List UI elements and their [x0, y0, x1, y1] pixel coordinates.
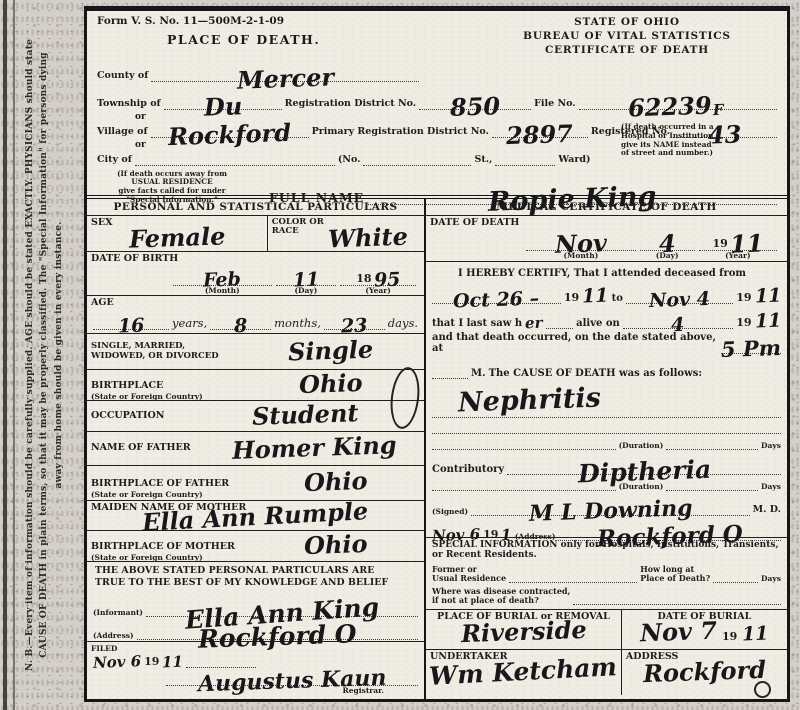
burial-date-value: Nov 7 — [640, 621, 718, 643]
cause-field: Nephritis — [432, 387, 781, 418]
birthplace-label: BIRTHPLACE — [91, 380, 163, 391]
duration-line-2: (Duration) Days — [432, 475, 781, 491]
attended-line: Oct 26 – 19 11 to Nov 4 19 11 — [432, 279, 781, 304]
personal-title: PERSONAL AND STATISTICAL PARTICULARS — [87, 199, 424, 216]
filed-date: Nov 6 — [93, 655, 141, 669]
special-info-title: SPECIAL INFORMATION only for Hospitals, … — [432, 540, 781, 561]
father-label: NAME OF FATHER — [91, 443, 209, 454]
registrar-signature: Augustus Kaun — [198, 670, 387, 694]
father-birthplace-value: Ohio — [303, 471, 367, 492]
filed-row: FILED Nov 6 19 11 Augustus Kaun Registra… — [87, 642, 424, 697]
file-no-suffix: F — [713, 103, 724, 115]
signed-line: (Signed) M L Downing M. D. — [432, 491, 781, 516]
age-days-word: days. — [388, 316, 418, 330]
ward-label: Ward) — [558, 155, 590, 166]
sex-value: Female — [128, 226, 225, 249]
age-months-word: months, — [274, 316, 321, 330]
mother-birthplace-sub: (State or Foreign Country) — [91, 553, 251, 562]
county-field: Mercer — [151, 66, 419, 82]
to-word: to — [612, 293, 623, 304]
county-label: County of — [97, 71, 148, 82]
reg-district-field: 850 — [419, 94, 531, 110]
reg-district-value: 850 — [450, 96, 501, 117]
burial-place-cell: PLACE OF BURIAL or REMOVAL Riverside — [426, 610, 622, 649]
county-value: Mercer — [237, 67, 335, 90]
burial-year: 11 — [742, 627, 769, 643]
mother-birthplace-row: BIRTHPLACE OF MOTHER (State or Foreign C… — [87, 531, 424, 562]
sex-label: SEX — [91, 218, 112, 229]
date-of-death-label: DATE OF DEATH — [430, 218, 519, 229]
scan-edge-line — [3, 0, 7, 710]
filed-label: FILED — [91, 644, 117, 653]
occupation-label: OCCUPATION — [91, 411, 191, 422]
father-birthplace-sub: (State or Foreign Country) — [91, 490, 251, 499]
attended-from-year: 11 — [582, 288, 609, 304]
father-row: NAME OF FATHER Homer King — [87, 432, 424, 466]
special-days-label: Days — [761, 574, 781, 583]
state-name: STATE OF OHIO — [477, 15, 777, 29]
margin-line-1: N. B.—Every item of information should b… — [23, 5, 37, 705]
last-saw-year: 11 — [754, 313, 781, 329]
filed-year-printed: 19 — [144, 655, 159, 668]
informant-address-label: (Address) — [93, 631, 134, 640]
attestation-row: THE ABOVE STATED PERSONAL PARTICULARS AR… — [87, 562, 424, 642]
death-time-line: and that death occurred, on the date sta… — [432, 329, 781, 354]
occupation-row: OCCUPATION Student — [87, 401, 424, 432]
city-field — [135, 150, 335, 166]
birthplace-value: Ohio — [298, 373, 362, 394]
burial-place-value: Riverside — [460, 620, 586, 644]
dod-year-printed: 19 — [712, 237, 727, 250]
race-value: White — [328, 227, 408, 249]
file-no-field: 62239 F — [579, 94, 777, 110]
certificate-header: Form V. S. No. 11—500M-2-1-09 PLACE OF D… — [87, 11, 787, 199]
street-no-field — [363, 150, 471, 166]
primary-reg-field: 2897 — [492, 122, 588, 138]
contributory-label: Contributory — [432, 464, 504, 475]
last-saw-year-printed: 19 — [736, 316, 751, 329]
sex-cell: SEX Female — [87, 216, 267, 251]
father-value: Homer King — [232, 435, 397, 460]
special-info-block: SPECIAL INFORMATION only for Hospitals, … — [426, 538, 787, 610]
cause-value: Nephritis — [458, 388, 601, 415]
certificate-title: CERTIFICATE OF DEATH — [477, 43, 777, 57]
alive-on-label: alive on — [576, 318, 620, 329]
dob-month: Feb — [203, 272, 241, 288]
city-no-label: (No. — [338, 155, 361, 166]
township-field: Du — [164, 94, 282, 110]
village-label: Village of — [97, 127, 148, 138]
last-saw-text: that I last saw h — [432, 318, 522, 329]
undertaker-cell: UNDERTAKER Wm Ketcham — [426, 650, 622, 695]
sex-race-row: SEX Female COLOR OR RACE White — [87, 216, 424, 252]
certification-block: I HEREBY CERTIFY, That I attended deceas… — [426, 262, 787, 538]
age-years: 16 — [118, 319, 145, 335]
scan-edge-line-2 — [13, 0, 15, 710]
dob-year: 95 — [373, 272, 400, 288]
township-line: Township of Du Registration District No.… — [97, 94, 777, 110]
township-value: Du — [203, 96, 242, 117]
birthplace-row: BIRTHPLACE (State or Foreign Country) Oh… — [87, 370, 424, 401]
father-birthplace-label: BIRTHPLACE OF FATHER — [91, 478, 229, 489]
undertaker-address-value: Rockford — [643, 660, 767, 683]
personal-section: PERSONAL AND STATISTICAL PARTICULARS SEX… — [87, 199, 426, 699]
birthplace-sub: (State or Foreign Country) — [91, 392, 241, 401]
last-saw-day: 4 — [671, 318, 685, 334]
date-of-death-row: DATE OF DEATH Nov (Month) 4 (Day) 1911 (… — [426, 216, 787, 262]
medical-section: MEDICAL CERTIFICATE OF DEATH DATE OF DEA… — [426, 199, 787, 699]
attended-to-year-printed: 19 — [736, 291, 751, 304]
father-birthplace-row: BIRTHPLACE OF FATHER (State or Foreign C… — [87, 466, 424, 501]
mother-birthplace-label: BIRTHPLACE OF MOTHER — [91, 541, 235, 552]
margin-line-3: away from home should be given in every … — [52, 5, 66, 705]
age-years-word: years, — [172, 316, 207, 330]
filed-year: 11 — [162, 656, 183, 669]
burial-date-cell: DATE OF BURIAL Nov 7 19 11 — [622, 610, 787, 649]
physician-signature: M L Downing — [528, 500, 692, 523]
md-label: M. D. — [753, 505, 781, 516]
county-line: County of Mercer — [97, 66, 777, 82]
file-no-label: File No. — [534, 99, 575, 110]
contributory-line: Contributory Diptheria — [432, 450, 781, 475]
bureau-name: BUREAU OF VITAL STATISTICS — [477, 29, 777, 43]
race-label: COLOR OR RACE — [272, 218, 324, 237]
city-label: City of — [97, 155, 132, 166]
certify-intro: I HEREBY CERTIFY, That I attended deceas… — [432, 268, 781, 279]
duration-label-1: (Duration) — [619, 441, 664, 450]
medical-title: MEDICAL CERTIFICATE OF DEATH — [426, 199, 787, 216]
occupation-value: Student — [252, 403, 359, 426]
informant-label: (Informant) — [93, 608, 143, 617]
attended-from-year-printed: 19 — [564, 291, 579, 304]
margin-instructions: N. B.—Every item of information should b… — [23, 5, 77, 705]
duration-line-1: (Duration) Days — [432, 434, 781, 450]
dob-day: 11 — [292, 272, 319, 288]
days-label-2: Days — [761, 482, 781, 491]
how-long-label: How long at Place of Death? — [640, 565, 710, 583]
attended-from: Oct 26 – — [453, 292, 540, 310]
contracted-label: Where was disease contracted, if not at … — [432, 587, 570, 605]
death-certificate: Form V. S. No. 11—500M-2-1-09 PLACE OF D… — [84, 6, 790, 702]
mother-birthplace-value: Ohio — [303, 534, 367, 555]
primary-reg-value: 2897 — [506, 123, 573, 145]
flourish-circle — [754, 681, 771, 698]
hospital-note: (If death occurred in a Hospital or Inst… — [621, 123, 779, 158]
mother-value: Ella Ann Rumple — [142, 501, 369, 532]
contracted-line: Where was disease contracted, if not at … — [432, 583, 781, 605]
reg-district-label: Registration District No. — [285, 99, 416, 110]
age-days: 23 — [341, 319, 368, 335]
dob-year-printed: 18 — [356, 272, 371, 285]
file-no-value: 62239 — [628, 95, 712, 117]
dob-row: DATE OF BIRTH Feb (Month) 11 (Day) 1895 … — [87, 252, 424, 296]
street-label: St., — [474, 155, 492, 166]
form-number: Form V. S. No. 11—500M-2-1-09 — [97, 15, 320, 27]
burial-row: PLACE OF BURIAL or REMOVAL Riverside DAT… — [426, 610, 787, 650]
age-label: AGE — [91, 298, 114, 309]
residence-line: Former or Usual Residence How long at Pl… — [432, 561, 781, 583]
marital-label: SINGLE, MARRIED, WIDOWED, OR DIVORCED — [91, 342, 241, 361]
age-row: AGE 16 years, 8 months, 23 days. — [87, 296, 424, 334]
ward-field — [495, 150, 555, 166]
last-saw-her: er — [525, 317, 543, 330]
former-residence-label: Former or Usual Residence — [432, 565, 506, 583]
signed-label: (Signed) — [432, 507, 468, 516]
cause-field-2 — [432, 418, 781, 434]
margin-line-2: CAUSE OF DEATH in plain terms, so that i… — [37, 5, 51, 705]
death-time-value: 5 Pm — [721, 340, 781, 359]
burial-year-printed: 19 — [722, 630, 737, 643]
attestation-text: THE ABOVE STATED PERSONAL PARTICULARS AR… — [93, 562, 418, 589]
age-months: 8 — [234, 319, 248, 335]
village-value: Rockford — [168, 122, 292, 145]
attended-to: Nov 4 — [649, 292, 710, 309]
mother-row: MAIDEN NAME OF MOTHER Ella Ann Rumple — [87, 501, 424, 531]
marital-row: SINGLE, MARRIED, WIDOWED, OR DIVORCED Si… — [87, 334, 424, 370]
marital-value: Single — [288, 339, 374, 361]
place-of-death-title: PLACE OF DEATH. — [167, 32, 320, 47]
header-left: Form V. S. No. 11—500M-2-1-09 PLACE OF D… — [97, 15, 320, 47]
undertaker-row: UNDERTAKER Wm Ketcham ADDRESS Rockford — [426, 650, 787, 695]
dod-day: 4 — [658, 234, 675, 254]
attended-to-year: 11 — [754, 288, 781, 304]
race-cell: COLOR OR RACE White — [267, 216, 424, 251]
cause-intro: The CAUSE OF DEATH was as follows: — [489, 368, 702, 379]
dod-year: 11 — [729, 233, 763, 253]
township-label: Township of — [97, 99, 161, 110]
days-label-1: Days — [761, 441, 781, 450]
m-label: M. — [471, 368, 486, 379]
state-block: STATE OF OHIO BUREAU OF VITAL STATISTICS… — [477, 15, 777, 58]
primary-reg-label: Primary Registration District No. — [312, 127, 489, 138]
village-field: Rockford — [151, 122, 309, 138]
undertaker-signature: Wm Ketcham — [429, 657, 618, 687]
dob-label: DATE OF BIRTH — [91, 254, 178, 265]
dod-month: Nov — [555, 233, 608, 254]
